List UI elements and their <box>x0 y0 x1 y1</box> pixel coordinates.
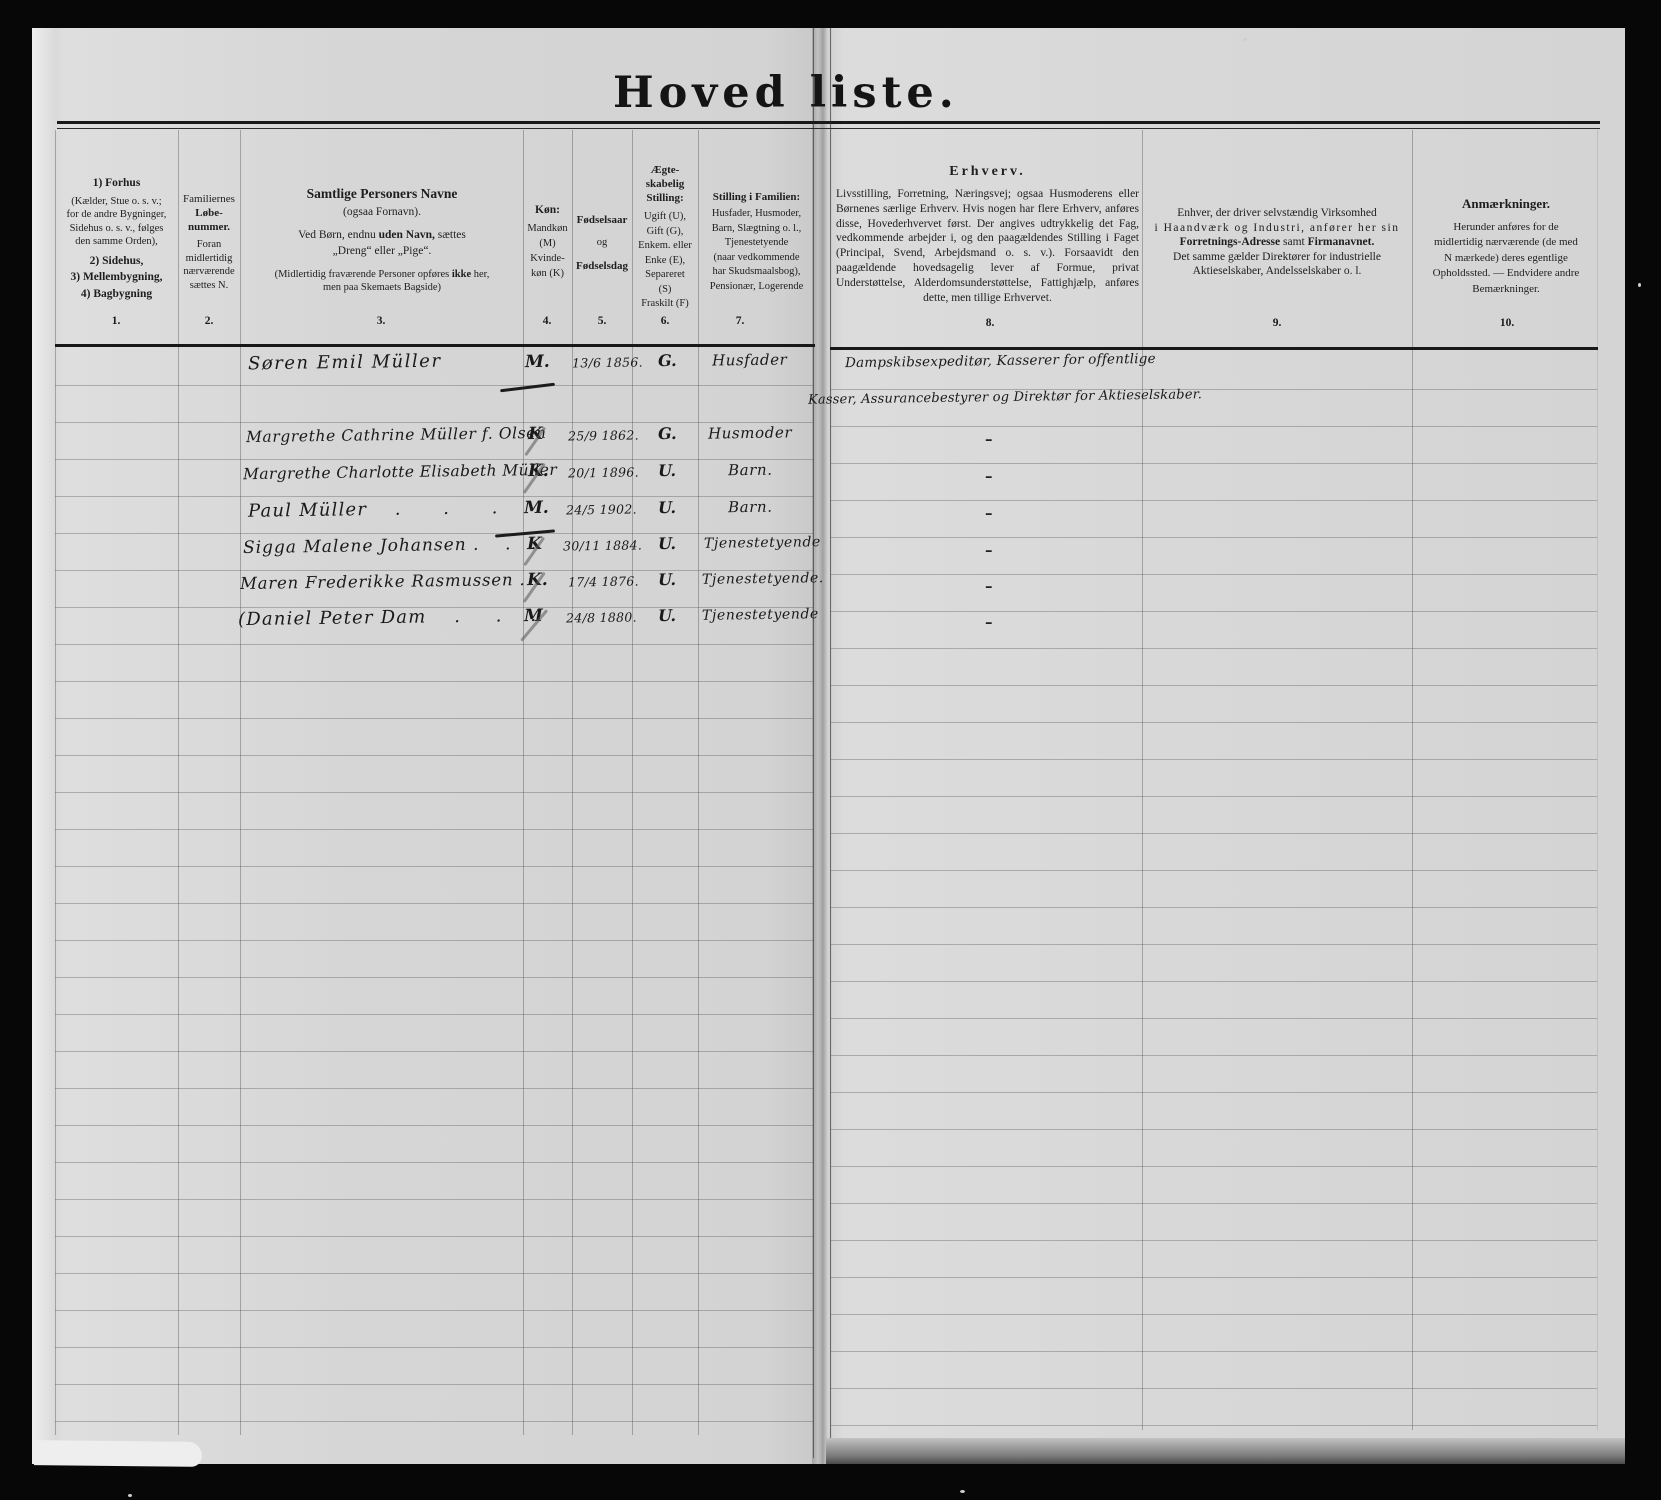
header-line: Løbe- nummer. <box>179 206 239 234</box>
column-number-6: 6. <box>643 315 687 327</box>
header-bottom-rule-right <box>830 347 1598 350</box>
column-number-3: 3. <box>359 315 403 327</box>
header-line: Fødselsaar <box>573 213 631 227</box>
column-header-names: Samtlige Personers Navne (ogsaa Fornavn)… <box>243 186 521 295</box>
entry-occupation-ditto: – <box>985 430 993 448</box>
column-number-8: 8. <box>968 317 1012 329</box>
header-line: Ved Børn, endnu uden Navn, sættes <box>243 228 521 243</box>
entry-occupation-ditto: – <box>985 467 993 485</box>
column-number-2: 2. <box>187 315 231 327</box>
header-line: Mandkøn (M) Kvinde- køn (K) <box>524 221 571 281</box>
column-number-4: 4. <box>525 315 569 327</box>
entry-occupation-ditto: – <box>985 504 993 522</box>
header-line: Ugift (U), Gift (G), Enkem. eller Enke (… <box>633 210 697 312</box>
header-line: 3) Mellembygning, <box>58 270 175 285</box>
entry-family-position: Tjenestetyende <box>704 534 821 552</box>
entry-sex: M. <box>524 498 549 518</box>
header-line: Enhver, der driver selvstændig Virksomhe… <box>1146 206 1408 221</box>
scan-speck <box>1638 283 1641 287</box>
header-line: og <box>573 236 631 250</box>
column-header-sex: Køn: Mandkøn (M) Kvinde- køn (K) <box>524 203 571 281</box>
header-line: Stilling i Familien: <box>700 190 813 204</box>
header-line: Husfader, Husmoder, Barn, Slægtning o. l… <box>700 207 813 294</box>
entry-family-position: Barn. <box>728 461 773 480</box>
entry-name: Søren Emil Müller <box>248 351 442 375</box>
entry-birthdate: 20/1 1896. <box>568 465 639 481</box>
entry-birthdate: 17/4 1876. <box>568 574 639 590</box>
header-line: Familiernes <box>179 192 239 206</box>
scan-speck <box>960 1490 965 1493</box>
entry-birthdate: 24/8 1880. <box>566 610 637 626</box>
title-rule-thick <box>57 121 1600 124</box>
header-bottom-rule-left <box>55 344 815 347</box>
paper-bottom-shadow <box>826 1438 1625 1464</box>
column-header-occupation: Erhverv. Livsstilling, Forretning, Nærin… <box>836 163 1139 305</box>
entry-occupation-ditto: – <box>985 541 993 559</box>
entry-occupation-ditto: – <box>985 613 993 631</box>
header-line: Anmærkninger. <box>1416 196 1596 212</box>
page-title: Hoved liste. <box>613 68 959 118</box>
header-line: (ogsaa Fornavn). <box>243 205 521 220</box>
column-header-buildings: 1) Forhus (Kælder, Stue o. s. v.; for de… <box>58 176 175 301</box>
header-line: Ægte- skabelig Stilling: <box>633 163 697 205</box>
column-header-remarks: Anmærkninger. Herunder anføres for de mi… <box>1416 196 1596 297</box>
entry-family-position: Tjenestetyende <box>702 606 819 624</box>
header-line: (Kælder, Stue o. s. v.; for de andre Byg… <box>58 195 175 249</box>
column-number-9: 9. <box>1255 317 1299 329</box>
column-number-5: 5. <box>580 315 624 327</box>
entry-family-position: Husmoder <box>708 423 792 442</box>
fold-line-left <box>813 28 814 1458</box>
entry-occupation-ditto: – <box>985 577 993 595</box>
entry-marital: U. <box>658 461 676 480</box>
header-line: Køn: <box>524 203 571 218</box>
header-line: Fødselsdag <box>573 259 631 273</box>
column-line <box>1597 130 1598 1430</box>
header-line: 1) Forhus <box>58 176 175 191</box>
header-line: (Midlertidig fraværende Personer opføres… <box>243 268 521 282</box>
page-fold-gutter <box>812 28 832 1464</box>
column-header-business-address: Enhver, der driver selvstændig Virksomhe… <box>1146 206 1408 279</box>
census-scan-page: Hoved liste. 1) Forhus (Kælder, Stue o. … <box>0 0 1661 1500</box>
entry-name: Maren Frederikke Rasmussen . <box>240 570 526 593</box>
column-header-family-position: Stilling i Familien: Husfader, Husmoder,… <box>700 190 813 294</box>
entry-name: Paul Müller . . . <box>248 497 499 521</box>
ruled-lines-right-page <box>831 353 1597 1431</box>
entry-birthdate: 13/6 1856. <box>572 355 643 371</box>
header-line: Forretnings-Adresse samt Firmanavnet. <box>1146 235 1408 250</box>
header-line: Erhverv. <box>836 163 1139 180</box>
header-line: Herunder anføres for de midlertidig nærv… <box>1416 220 1596 298</box>
entry-marital: G. <box>658 424 677 443</box>
header-line: i Haandværk og Industri, anfører her sin <box>1146 221 1408 236</box>
column-number-7: 7. <box>718 315 762 327</box>
header-line: 2) Sidehus, <box>58 254 175 269</box>
entry-marital: U. <box>658 534 676 553</box>
column-header-marital-status: Ægte- skabelig Stilling: Ugift (U), Gift… <box>633 163 697 312</box>
entry-birthdate: 25/9 1862. <box>568 428 639 444</box>
column-header-birthdate: Fødselsaar og Fødselsdag <box>573 213 631 273</box>
header-line: Aktieselskaber, Andelsselskaber o. l. <box>1146 264 1408 279</box>
entry-birthdate: 24/5 1902. <box>566 502 637 518</box>
header-line: men paa Skemaets Bagside) <box>243 281 521 295</box>
entry-name: (Daniel Peter Dam . . . <box>238 605 537 630</box>
entry-sex: M. <box>525 352 550 372</box>
entry-family-position: Husfader <box>712 350 788 369</box>
entry-marital: U. <box>658 606 676 625</box>
entry-marital: U. <box>658 498 676 517</box>
entry-family-position: Tjenestetyende. <box>702 570 824 588</box>
paper-bottom-left-edge <box>34 1440 202 1467</box>
paper-left-edge <box>32 28 56 1464</box>
entry-family-position: Barn. <box>728 498 773 517</box>
header-line: Samtlige Personers Navne <box>243 186 521 202</box>
entry-marital: G. <box>658 351 677 370</box>
header-line: „Dreng“ eller „Pige“. <box>243 244 521 259</box>
header-line: Livsstilling, Forretning, Næringsvej; og… <box>836 187 1139 305</box>
header-line: Foran midlertidig nærværende sættes N. <box>179 238 239 292</box>
entry-marital: U. <box>658 570 676 589</box>
header-line: 4) Bagbygning <box>58 287 175 302</box>
entry-birthdate: 30/11 1884. <box>563 537 642 553</box>
column-number-1: 1. <box>94 315 138 327</box>
column-number-10: 10. <box>1485 317 1529 329</box>
column-header-family-number: Familiernes Løbe- nummer. Foran midlerti… <box>179 192 239 292</box>
scan-speck <box>1243 38 1247 41</box>
scan-speck <box>128 1494 132 1497</box>
entry-name: Sigga Malene Johansen . . . <box>243 534 537 558</box>
header-line: Det samme gælder Direktører for industri… <box>1146 250 1408 265</box>
title-rule-thin <box>57 128 1600 129</box>
